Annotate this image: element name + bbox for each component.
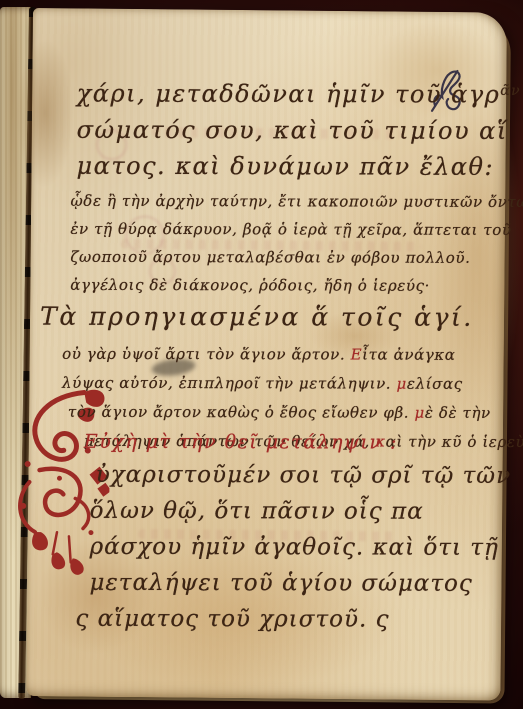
manuscript-photo: χάρι, μεταδδῶναι ἡμῖν τοῦ ἁγρᾶνσώματός σ… [0, 0, 523, 709]
text-segment: ἶτα ἀνάγκα [362, 346, 455, 364]
text-segment: χάρι, μεταδδῶναι ἡμῖν τοῦ ἁγρ [77, 79, 501, 108]
text-segment: ράσχου ἡμῖν ἀγαθοῖς. καὶ ὅτι τῇ [90, 534, 499, 561]
text-segment: τὸν ἅγιον ἄρτον καθὼς ὁ ἔθος εἴωθεν φβ. [68, 403, 415, 422]
manuscript-page: χάρι, μεταδδῶναι ἡμῖν τοῦ ἁγρᾶνσώματός σ… [26, 8, 507, 701]
manuscript-line: ὅλων θῷ, ὅτι πᾶσιν οἷς πα [90, 493, 523, 530]
text-segment: ὲ δὲ τὴν [425, 404, 491, 422]
text-segment: ὐχαριστοῦμέν σοι τῷ σρῖ τῷ τῶν [96, 462, 511, 489]
text-segment: Τὰ προηγιασμένα ἅ τοῖς ἁγί. [40, 302, 474, 332]
manuscript-line: ὐχαριστοῦμέν σοι τῷ σρῖ τῷ τῶν [96, 457, 523, 494]
manuscript-line: οὐ γὰρ ὑψοῖ ἄρτι τὸν ἅγιον ἄρτον. Εἶτα ἀ… [62, 340, 523, 370]
text-segment: ὅλων θῷ, ὅτι πᾶσιν οἷς πα [90, 498, 424, 525]
rubricated-letter: Εὐχὴ μτ̀ τὴν θεῖ μετάληψιν : [84, 431, 398, 454]
text-segment: ἐν τῇ θύρᾳ δάκρυον, βοᾷ ὁ ἱερὰ τῇ χεῖρα,… [70, 220, 511, 239]
text-segment: ἀγγέλοις δὲ διάκονος, ῥόδοις, ἤδη ὁ ἱερε… [70, 276, 430, 295]
text-segment: ᾧδε ἢ τὴν ἀρχὴν ταύτην, ἔτι κακοποιῶν μυ… [70, 192, 523, 211]
text-segment: λύψας αὐτόν, ἐπιπληροῖ τὴν μετάληψιν. [62, 374, 397, 393]
text-column: χάρι, μεταδδῶναι ἡμῖν τοῦ ἁγρᾶνσώματός σ… [33, 10, 507, 11]
manuscript-line: τὸν ἅγιον ἄρτον καθὼς ὁ ἔθος εἴωθεν φβ. … [68, 398, 523, 428]
manuscript-line: σώματός σου, καὶ τοῦ τιμίου αἵ [77, 111, 523, 148]
manuscript-line: ἀγγέλοις δὲ διάκονος, ῥόδοις, ἤδη ὁ ἱερε… [70, 271, 523, 300]
manuscript-line: χάρι, μεταδδῶναι ἡμῖν τοῦ ἁγρᾶν [77, 72, 523, 113]
text-segment: ᾶν [500, 83, 521, 99]
text-segment: σώματός σου, καὶ τοῦ τιμίου αἵ [77, 115, 508, 144]
text-segment: ς αἵματος τοῦ χριστοῦ. ς [75, 606, 389, 633]
text-block-prayer: ὐχαριστοῦμέν σοι τῷ σρῖ τῷ τῶνὅλων θῷ, ὅ… [89, 457, 523, 638]
text-segment: μεταλήψει τοῦ ἁγίου σώματος [89, 570, 472, 597]
rubricated-letter: Ε [351, 345, 363, 363]
manuscript-line: Εὐχὴ μτ̀ τὴν θεῖ μετάληψιν : [84, 427, 523, 458]
manuscript-line: ματος. καὶ δυνάμων πᾶν ἔλαθ: [77, 147, 523, 184]
text-segment: ματος. καὶ δυνάμων πᾶν ἔλαθ: [77, 151, 495, 180]
manuscript-line: ράσχου ἡμῖν ἀγαθοῖς. καὶ ὅτι τῇ [90, 529, 523, 566]
text-segment: οὐ γὰρ ὑψοῖ ἄρτι τὸν ἅγιον ἄρτον. [62, 345, 351, 364]
rubricated-letter: μ [415, 404, 425, 422]
manuscript-line: μεταλήψει τοῦ ἁγίου σώματος [89, 565, 523, 602]
text-block-section-heading: Τὰ προηγιασμένα ἅ τοῖς ἁγί. [40, 298, 514, 337]
manuscript-line: ζωοποιοῦ ἄρτου μεταλαβέσθαι ἐν φόβου πολ… [70, 243, 523, 272]
text-block-opening: χάρι, μεταδδῶναι ἡμῖν τοῦ ἁγρᾶνσώματός σ… [77, 72, 523, 185]
manuscript-line: ἐν τῇ θύρᾳ δάκρυον, βοᾷ ὁ ἱερὰ τῇ χεῖρα,… [70, 215, 523, 244]
manuscript-line: ᾧδε ἢ τὴν ἀρχὴν ταύτην, ἔτι κακοποιῶν μυ… [70, 187, 523, 216]
text-block-rubric-instructions-1: ᾧδε ἢ τὴν ἀρχὴν ταύτην, ἔτι κακοποιῶν μυ… [70, 187, 523, 300]
text-segment: ελίσας [407, 375, 463, 393]
manuscript-line: λύψας αὐτόν, ἐπιπληροῖ τὴν μετάληψιν. με… [62, 369, 523, 399]
text-block-prayer-title: Εὐχὴ μτ̀ τὴν θεῖ μετάληψιν : [84, 427, 523, 458]
manuscript-line: Τὰ προηγιασμένα ἅ τοῖς ἁγί. [40, 298, 514, 337]
rubricated-letter: μ [397, 375, 407, 393]
text-segment: ζωοποιοῦ ἄρτου μεταλαβέσθαι ἐν φόβου πολ… [70, 248, 470, 267]
manuscript-line: ς αἵματος τοῦ χριστοῦ. ς [75, 601, 523, 638]
